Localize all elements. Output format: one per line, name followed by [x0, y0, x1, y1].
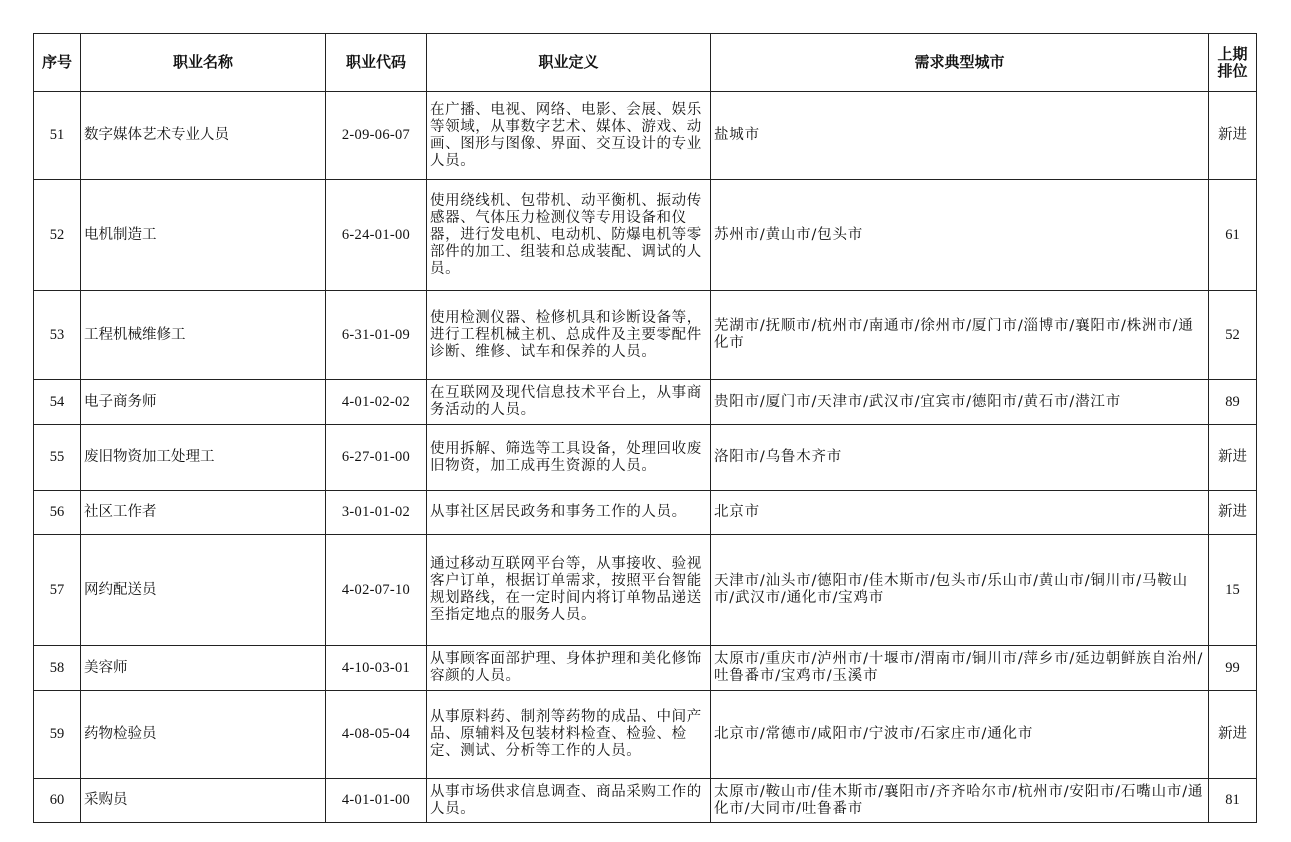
- occupation-name: 网约配送员: [81, 535, 326, 646]
- table-row: 59 药物检验员 4-08-05-04 从事原料药、制剂等药物的成品、中间产品、…: [34, 691, 1257, 779]
- row-no: 60: [34, 779, 81, 823]
- occupation-name: 社区工作者: [81, 491, 326, 535]
- table-row: 55 废旧物资加工处理工 6-27-01-00 使用拆解、筛选等工具设备，处理回…: [34, 425, 1257, 491]
- occupation-code: 6-31-01-09: [326, 291, 427, 380]
- demand-cities: 北京市/常德市/咸阳市/宁波市/石家庄市/通化市: [711, 691, 1209, 779]
- row-no: 52: [34, 180, 81, 291]
- occupation-code: 2-09-06-07: [326, 92, 427, 180]
- header-row: 序号 职业名称 职业代码 职业定义 需求典型城市 上期排位: [34, 34, 1257, 92]
- table-row: 54 电子商务师 4-01-02-02 在互联网及现代信息技术平台上，从事商务活…: [34, 380, 1257, 425]
- previous-rank: 新进: [1209, 691, 1257, 779]
- occupation-definition: 从事社区居民政务和事务工作的人员。: [427, 491, 711, 535]
- occupation-definition: 从事原料药、制剂等药物的成品、中间产品、原辅料及包装材料检查、检验、检定、测试、…: [427, 691, 711, 779]
- occupation-name: 废旧物资加工处理工: [81, 425, 326, 491]
- occupation-definition: 使用检测仪器、检修机具和诊断设备等，进行工程机械主机、总成件及主要零配件诊断、维…: [427, 291, 711, 380]
- occupation-name: 美容师: [81, 646, 326, 691]
- table-row: 57 网约配送员 4-02-07-10 通过移动互联网平台等，从事接收、验视客户…: [34, 535, 1257, 646]
- previous-rank: 61: [1209, 180, 1257, 291]
- occupation-definition: 从事市场供求信息调查、商品采购工作的人员。: [427, 779, 711, 823]
- table-row: 51 数字媒体艺术专业人员 2-09-06-07 在广播、电视、网络、电影、会展…: [34, 92, 1257, 180]
- occupation-code: 6-27-01-00: [326, 425, 427, 491]
- occupation-code: 4-02-07-10: [326, 535, 427, 646]
- header-name: 职业名称: [81, 34, 326, 92]
- occupation-definition: 在广播、电视、网络、电影、会展、娱乐等领域，从事数字艺术、媒体、游戏、动画、图形…: [427, 92, 711, 180]
- previous-rank: 81: [1209, 779, 1257, 823]
- demand-cities: 苏州市/黄山市/包头市: [711, 180, 1209, 291]
- occupation-code: 4-08-05-04: [326, 691, 427, 779]
- header-prev-rank: 上期排位: [1209, 34, 1257, 92]
- demand-cities: 太原市/重庆市/泸州市/十堰市/渭南市/铜川市/萍乡市/延边朝鲜族自治州/吐鲁番…: [711, 646, 1209, 691]
- occupation-name: 采购员: [81, 779, 326, 823]
- table-row: 60 采购员 4-01-01-00 从事市场供求信息调查、商品采购工作的人员。 …: [34, 779, 1257, 823]
- header-prev-rank-line1: 上期: [1217, 45, 1247, 63]
- row-no: 53: [34, 291, 81, 380]
- occupation-definition: 从事顾客面部护理、身体护理和美化修饰容颜的人员。: [427, 646, 711, 691]
- previous-rank: 89: [1209, 380, 1257, 425]
- header-code: 职业代码: [326, 34, 427, 92]
- occupation-definition: 在互联网及现代信息技术平台上，从事商务活动的人员。: [427, 380, 711, 425]
- table-row: 52 电机制造工 6-24-01-00 使用绕线机、包带机、动平衡机、振动传感器…: [34, 180, 1257, 291]
- occupation-name: 电子商务师: [81, 380, 326, 425]
- occupation-ranking-table: 序号 职业名称 职业代码 职业定义 需求典型城市 上期排位 51 数字媒体艺术专…: [33, 33, 1257, 823]
- occupation-code: 4-10-03-01: [326, 646, 427, 691]
- occupation-code: 4-01-02-02: [326, 380, 427, 425]
- occupation-definition: 使用绕线机、包带机、动平衡机、振动传感器、气体压力检测仪等专用设备和仪器，进行发…: [427, 180, 711, 291]
- previous-rank: 52: [1209, 291, 1257, 380]
- demand-cities: 贵阳市/厦门市/天津市/武汉市/宜宾市/德阳市/黄石市/潜江市: [711, 380, 1209, 425]
- row-no: 57: [34, 535, 81, 646]
- demand-cities: 北京市: [711, 491, 1209, 535]
- occupation-name: 工程机械维修工: [81, 291, 326, 380]
- previous-rank: 99: [1209, 646, 1257, 691]
- occupation-code: 4-01-01-00: [326, 779, 427, 823]
- occupation-name: 药物检验员: [81, 691, 326, 779]
- row-no: 54: [34, 380, 81, 425]
- demand-cities: 洛阳市/乌鲁木齐市: [711, 425, 1209, 491]
- row-no: 58: [34, 646, 81, 691]
- row-no: 59: [34, 691, 81, 779]
- occupation-name: 电机制造工: [81, 180, 326, 291]
- previous-rank: 新进: [1209, 92, 1257, 180]
- table-row: 56 社区工作者 3-01-01-02 从事社区居民政务和事务工作的人员。 北京…: [34, 491, 1257, 535]
- previous-rank: 新进: [1209, 425, 1257, 491]
- occupation-code: 6-24-01-00: [326, 180, 427, 291]
- occupation-name: 数字媒体艺术专业人员: [81, 92, 326, 180]
- demand-cities: 芜湖市/抚顺市/杭州市/南通市/徐州市/厦门市/淄博市/襄阳市/株洲市/通化市: [711, 291, 1209, 380]
- row-no: 51: [34, 92, 81, 180]
- demand-cities: 天津市/汕头市/德阳市/佳木斯市/包头市/乐山市/黄山市/铜川市/马鞍山市/武汉…: [711, 535, 1209, 646]
- demand-cities: 太原市/鞍山市/佳木斯市/襄阳市/齐齐哈尔市/杭州市/安阳市/石嘴山市/通化市/…: [711, 779, 1209, 823]
- occupation-definition: 使用拆解、筛选等工具设备，处理回收废旧物资，加工成再生资源的人员。: [427, 425, 711, 491]
- row-no: 55: [34, 425, 81, 491]
- row-no: 56: [34, 491, 81, 535]
- occupation-code: 3-01-01-02: [326, 491, 427, 535]
- occupation-definition: 通过移动互联网平台等，从事接收、验视客户订单，根据订单需求，按照平台智能规划路线…: [427, 535, 711, 646]
- table-row: 58 美容师 4-10-03-01 从事顾客面部护理、身体护理和美化修饰容颜的人…: [34, 646, 1257, 691]
- header-definition: 职业定义: [427, 34, 711, 92]
- header-prev-rank-line2: 排位: [1217, 62, 1247, 80]
- header-no: 序号: [34, 34, 81, 92]
- demand-cities: 盐城市: [711, 92, 1209, 180]
- header-cities: 需求典型城市: [711, 34, 1209, 92]
- previous-rank: 15: [1209, 535, 1257, 646]
- previous-rank: 新进: [1209, 491, 1257, 535]
- table-row: 53 工程机械维修工 6-31-01-09 使用检测仪器、检修机具和诊断设备等，…: [34, 291, 1257, 380]
